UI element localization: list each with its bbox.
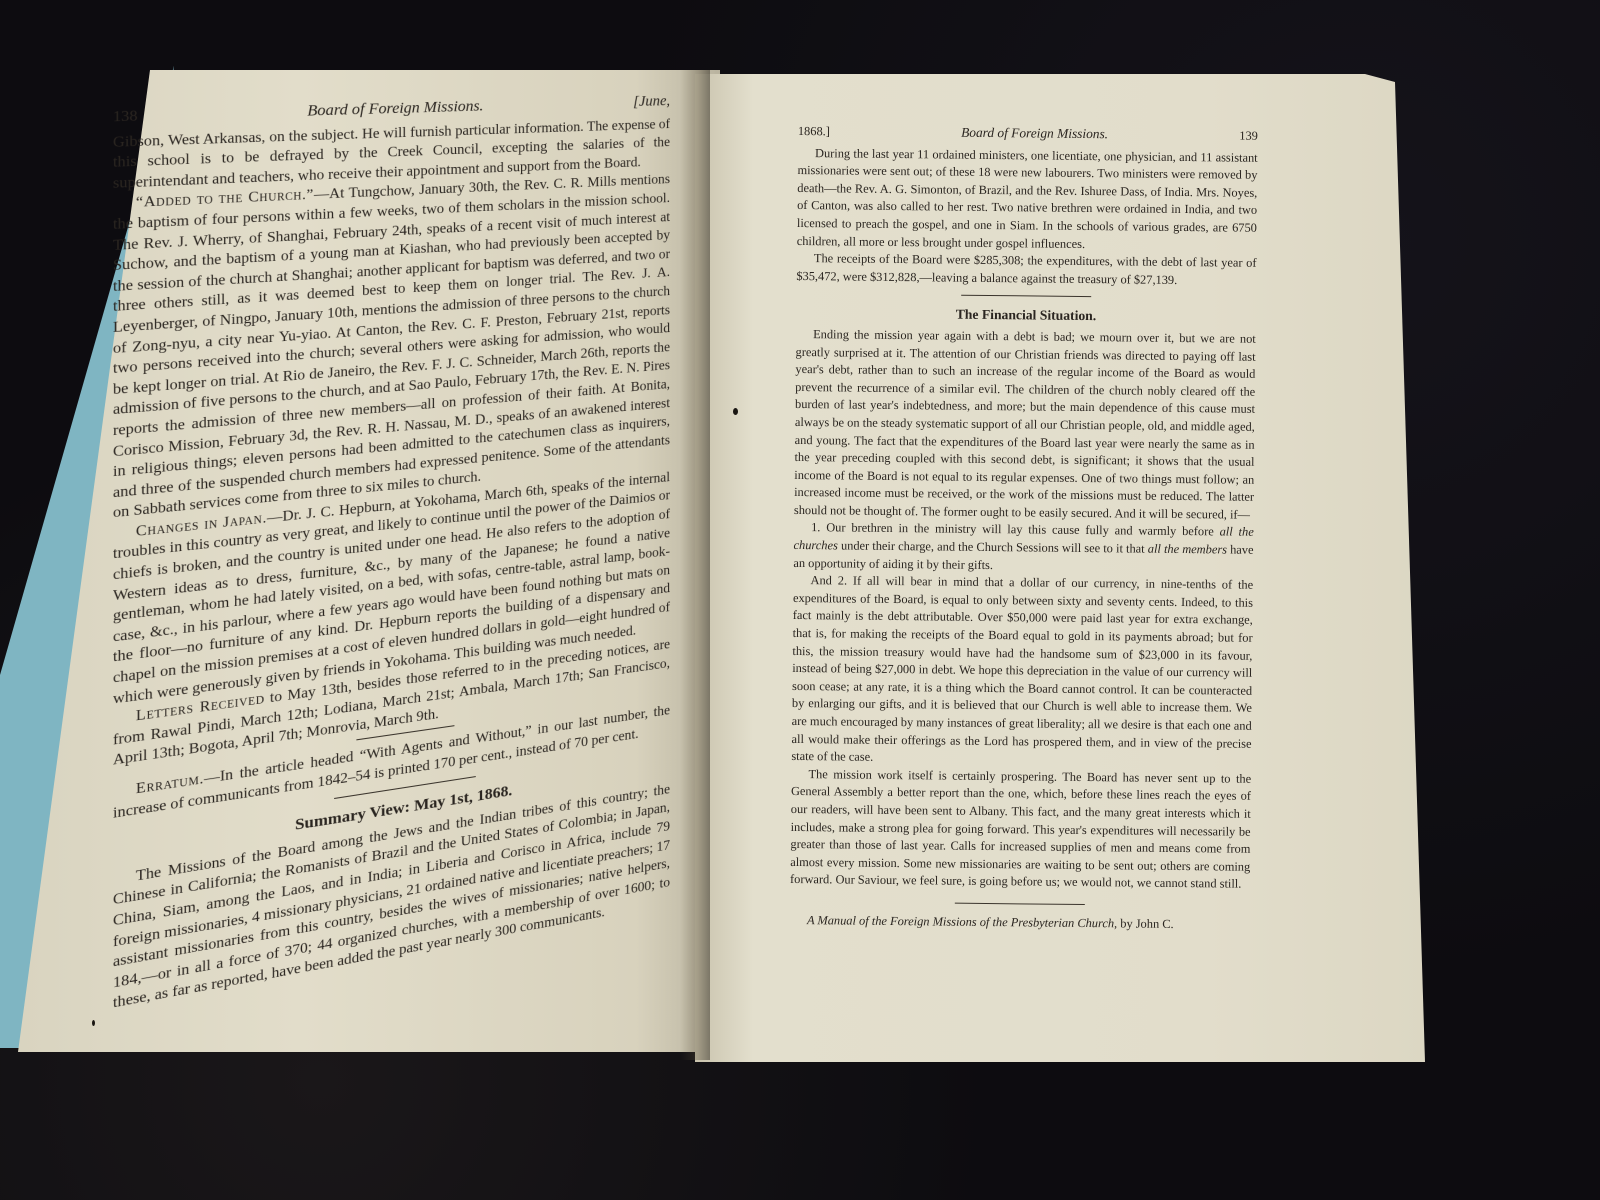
- running-title: Board of Foreign Missions.: [961, 124, 1108, 143]
- paragraph: Ending the mission year again with a deb…: [794, 326, 1256, 524]
- paragraph-added-to-church: “Added to the Church.”—At Tungchow, Janu…: [113, 170, 670, 523]
- paragraph-point-2: And 2. If all will bear in mind that a d…: [791, 572, 1253, 770]
- section-divider: [961, 295, 1091, 297]
- right-page-text: 1868.] Board of Foreign Missions. 139 Du…: [790, 122, 1258, 934]
- section-divider: [955, 903, 1085, 905]
- paragraph: During the last year 11 ordained ministe…: [797, 145, 1258, 255]
- right-running-head: 1868.] Board of Foreign Missions. 139: [798, 122, 1258, 145]
- section-heading-financial-situation: The Financial Situation.: [796, 304, 1256, 326]
- page-number: 138: [113, 106, 138, 127]
- paper-speck: [733, 408, 738, 415]
- book-gutter: [680, 70, 710, 1060]
- left-page-text: 138 Board of Foreign Missions. [June, Gi…: [113, 92, 670, 1014]
- paper-speck: [92, 1020, 95, 1026]
- page-number: 139: [1239, 128, 1258, 146]
- paragraph-point-1: 1. Our brethren in the ministry will lay…: [793, 519, 1254, 577]
- running-title: Board of Foreign Missions.: [307, 97, 483, 122]
- paragraph: The mission work itself is certainly pro…: [790, 766, 1251, 894]
- running-date: [June,: [633, 92, 670, 112]
- paragraph-receipts: The receipts of the Board were $285,308;…: [796, 250, 1256, 290]
- running-date: 1868.]: [798, 123, 830, 141]
